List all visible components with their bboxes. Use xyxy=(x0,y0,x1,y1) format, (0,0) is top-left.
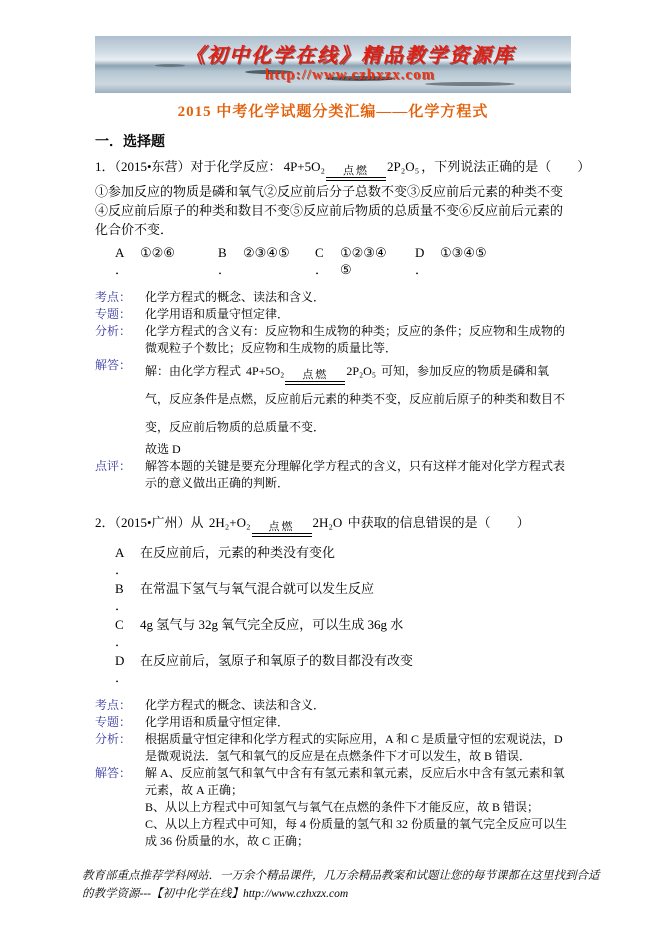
option-wrap: ⑤ xyxy=(340,262,352,277)
question-2-stem: 2．（2015•广州）从 2H₂+O₂点燃2H₂O 中获取的信息错误的是（ ） xyxy=(95,508,571,538)
equation-double-line xyxy=(252,533,312,537)
option-b: B②③④⑤ ． xyxy=(218,243,315,277)
question-1-statements: ①参加反应的物质是磷和氧气②反应前后分子总数不变③反应前后元素的种类不变④反应前… xyxy=(95,182,571,239)
option-value: ②③④⑤ xyxy=(243,245,290,260)
stem-suffix: 中获取的信息错误的是（ ） xyxy=(344,515,529,530)
condition-text: 点燃 xyxy=(285,369,345,381)
zhuanti-content: 化学用语和质量守恒定律． xyxy=(145,306,571,323)
question-1: 1．（2015•东营）对于化学反应：4P+5O₂点燃2P₂O₅，下列说法正确的是… xyxy=(95,152,571,492)
question-1-analysis: 考点： 化学方程式的概念、读法和含义． 专题： 化学用语和质量守恒定律． 分析：… xyxy=(95,289,571,492)
option-d: D在反应前后，氢原子和氧原子的数目都没有改变 ． xyxy=(115,651,571,685)
equation-double-line xyxy=(285,381,345,385)
option-period: ． xyxy=(315,262,340,277)
equation-reactants: 4P+5O₂ xyxy=(284,159,325,174)
question-1-stem: 1．（2015•东营）对于化学反应：4P+5O₂点燃2P₂O₅，下列说法正确的是… xyxy=(95,152,571,182)
equation-double-line xyxy=(326,177,386,181)
fenxi-content: 化学方程式的含义有：反应物和生成物的种类；反应的条件；反应物和生成物的微观粒子个… xyxy=(145,323,571,357)
analysis-row-zhuanti: 专题： 化学用语和质量守恒定律． xyxy=(95,714,571,731)
option-c: C①②③④ ．⑤ xyxy=(315,243,415,277)
equation-products: 2P₂O₅ xyxy=(346,364,376,378)
dianping-label: 点评： xyxy=(95,458,137,492)
option-letter: D xyxy=(415,243,440,262)
jieda-pre: 解：由化学方程式 xyxy=(145,364,244,378)
option-period: ． xyxy=(115,562,571,577)
equation-reactants: 2H₂+O₂ xyxy=(209,515,251,530)
stem-prefix: 1．（2015•东营）对于化学反应： xyxy=(95,159,282,174)
site-banner-image: 《初中化学在线》精品教学资源库 http://www.czhxzx.com xyxy=(95,36,571,93)
document-page: 《初中化学在线》精品教学资源库 http://www.czhxzx.com 20… xyxy=(0,0,661,850)
option-period: ． xyxy=(115,670,571,685)
question-2: 2．（2015•广州）从 2H₂+O₂点燃2H₂O 中获取的信息错误的是（ ） … xyxy=(95,508,571,850)
option-value: ①③④⑤ xyxy=(440,245,487,260)
zhuanti-label: 专题： xyxy=(95,714,137,731)
condition-text: 点燃 xyxy=(326,165,386,177)
equation-products: 2H₂O xyxy=(313,515,343,530)
dianping-content: 解答本题的关键是要充分理解化学方程式的含义，只有这样才能对化学方程式表示的意义做… xyxy=(145,458,571,492)
option-period: ． xyxy=(115,262,140,277)
equation-condition: 点燃 xyxy=(252,521,312,537)
fenxi-label: 分析： xyxy=(95,731,137,765)
kaodian-content: 化学方程式的概念、读法和含义． xyxy=(145,697,571,714)
option-value: ①②⑥ xyxy=(140,245,175,260)
banner-site-title: 《初中化学在线》精品教学资源库 xyxy=(129,45,571,67)
equation-reactants: 4P+5O₂ xyxy=(246,364,284,378)
option-value: ①②③④ xyxy=(340,245,387,260)
equation-condition: 点燃 xyxy=(326,165,386,181)
jieda-label: 解答： xyxy=(95,357,137,458)
kaodian-label: 考点： xyxy=(95,289,137,306)
option-c: C4g 氢气与 32g 氧气完全反应，可以生成 36g 水 ． xyxy=(115,615,571,649)
kaodian-label: 考点： xyxy=(95,697,137,714)
option-period: ． xyxy=(218,262,243,277)
fenxi-content: 根据质量守恒定律和化学方程式的实际应用，A 和 C 是质量守恒的宏观说法，D 是… xyxy=(145,731,571,765)
chemical-equation: 2H₂+O₂点燃2H₂O xyxy=(209,508,343,538)
option-period: ． xyxy=(115,598,571,613)
analysis-row-kaodian: 考点： 化学方程式的概念、读法和含义． xyxy=(95,697,571,714)
option-text: 在反应前后，氢原子和氧原子的数目都没有改变 xyxy=(140,653,413,668)
analysis-row-dianping: 点评： 解答本题的关键是要充分理解化学方程式的含义，只有这样才能对化学方程式表示… xyxy=(95,458,571,492)
option-text: 在反应前后，元素的种类没有变化 xyxy=(140,545,335,560)
condition-text: 点燃 xyxy=(252,521,312,533)
jieda-item-b: B、从以上方程式中可知氢气与氧气在点燃的条件下才能反应，故 B 错误； xyxy=(145,799,571,816)
equation-condition: 点燃 xyxy=(285,369,345,385)
document-title: 2015 中考化学试题分类汇编——化学方程式 xyxy=(95,100,571,121)
option-b: B在常温下氢气与氧气混合就可以发生反应 ． xyxy=(115,579,571,613)
question-1-options: A①②⑥ ． B②③④⑤ ． C①②③④ ．⑤ D①③④⑤ ． xyxy=(95,243,571,277)
analysis-row-jieda: 解答： 解：由化学方程式 4P+5O₂点燃2P₂O₅ 可知，参加反应的物质是磷和… xyxy=(95,357,571,458)
option-letter: A xyxy=(115,243,140,262)
option-text: 在常温下氢气与氧气混合就可以发生反应 xyxy=(140,581,374,596)
option-period: ． xyxy=(115,634,571,649)
jieda-label: 解答： xyxy=(95,765,137,850)
option-letter: B xyxy=(218,243,243,262)
jieda-item-a: 解 A、反应前氢气和氧气中含有有氢元素和氧元素，反应后水中含有氢元素和氧元素，故… xyxy=(145,765,571,799)
jieda-item-c: C、从以上方程式中可知，每 4 份质量的氢气和 32 份质量的氧气完全反应可以生… xyxy=(145,816,571,850)
option-a: A①②⑥ ． xyxy=(115,243,218,277)
analysis-row-kaodian: 考点： 化学方程式的概念、读法和含义． xyxy=(95,289,571,306)
analysis-row-fenxi: 分析： 根据质量守恒定律和化学方程式的实际应用，A 和 C 是质量守恒的宏观说法… xyxy=(95,731,571,765)
option-a: A在反应前后，元素的种类没有变化 ． xyxy=(115,543,571,577)
option-letter: A xyxy=(115,543,140,562)
option-period: ． xyxy=(415,262,440,277)
option-letter: B xyxy=(115,579,140,598)
section-heading: 一．选择题 xyxy=(95,131,571,151)
stem-suffix: ，下列说法正确的是（ ） xyxy=(421,159,590,174)
question-2-options: A在反应前后，元素的种类没有变化 ． B在常温下氢气与氧气混合就可以发生反应 ．… xyxy=(95,543,571,685)
analysis-row-zhuanti: 专题： 化学用语和质量守恒定律． xyxy=(95,306,571,323)
jieda-conclusion: 故选 D xyxy=(145,441,571,458)
jieda-content: 解：由化学方程式 4P+5O₂点燃2P₂O₅ 可知，参加反应的物质是磷和氧气，反… xyxy=(145,357,571,458)
page-footer: 教育部重点推荐学科网站．一万余个精品课件，几万余精品教案和试题让您的每节课都在这… xyxy=(82,867,606,903)
analysis-row-jieda: 解答： 解 A、反应前氢气和氧气中含有有氢元素和氧元素，反应后水中含有氢元素和氧… xyxy=(95,765,571,850)
option-letter: C xyxy=(115,615,140,634)
option-text: 4g 氢气与 32g 氧气完全反应，可以生成 36g 水 xyxy=(140,617,403,632)
analysis-row-fenxi: 分析： 化学方程式的含义有：反应物和生成物的种类；反应的条件；反应物和生成物的微… xyxy=(95,323,571,357)
question-2-analysis: 考点： 化学方程式的概念、读法和含义． 专题： 化学用语和质量守恒定律． 分析：… xyxy=(95,697,571,850)
kaodian-content: 化学方程式的概念、读法和含义． xyxy=(145,289,571,306)
zhuanti-label: 专题： xyxy=(95,306,137,323)
option-letter: D xyxy=(115,651,140,670)
chemical-equation: 4P+5O₂点燃2P₂O₅ xyxy=(284,152,420,182)
zhuanti-content: 化学用语和质量守恒定律． xyxy=(145,714,571,731)
fenxi-label: 分析： xyxy=(95,323,137,357)
equation-products: 2P₂O₅ xyxy=(387,159,419,174)
chemical-equation: 4P+5O₂点燃2P₂O₅ xyxy=(246,357,376,385)
option-d: D①③④⑤ ． xyxy=(415,243,487,277)
stem-prefix: 2．（2015•广州）从 xyxy=(95,515,207,530)
option-letter: C xyxy=(315,243,340,262)
jieda-content: 解 A、反应前氢气和氧气中含有有氢元素和氧元素，反应后水中含有氢元素和氧元素，故… xyxy=(145,765,571,850)
banner-site-url: http://www.czhxzx.com xyxy=(129,67,571,83)
